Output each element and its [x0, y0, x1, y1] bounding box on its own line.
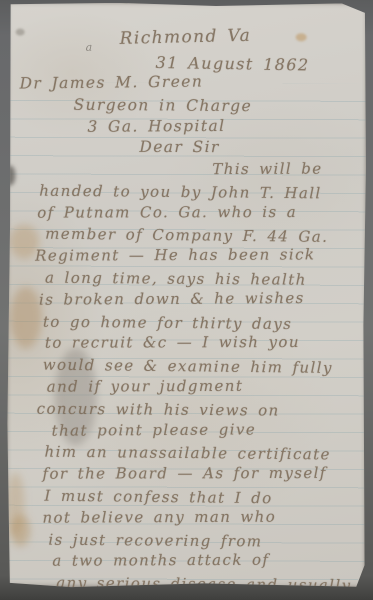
handwritten-line: any serious disease and usually,: [56, 574, 356, 595]
handwritten-line: of Putnam Co. Ga. who is a: [37, 203, 297, 222]
handwritten-line: Regiment — He has been sick: [35, 245, 315, 264]
handwritten-line: Richmond Va: [119, 26, 251, 49]
handwritten-line: is broken down & he wishes: [39, 289, 305, 309]
letter-paper: a Richmond Va31 August 1862Dr James M. G…: [6, 3, 367, 589]
handwriting: Richmond Va31 August 1862Dr James M. Gre…: [6, 3, 367, 589]
handwritten-line: is just recovering from: [48, 531, 262, 551]
scanner-bed: a Richmond Va31 August 1862Dr James M. G…: [0, 0, 373, 600]
handwritten-line: 31 August 1862: [155, 53, 309, 75]
handwritten-line: 3 Ga. Hospital: [87, 117, 225, 136]
handwritten-line: him an unassailable certificate: [45, 443, 331, 464]
handwritten-line: handed to you by John T. Hall: [39, 182, 322, 203]
handwritten-line: I must confess that I do: [44, 487, 272, 508]
handwritten-line: would see & examine him fully: [43, 356, 333, 377]
handwritten-line: Surgeon in Charge: [73, 96, 252, 115]
handwritten-line: not believe any man who: [42, 508, 276, 527]
handwritten-line: member of Company F. 44 Ga.: [45, 225, 328, 246]
handwritten-line: to recruit &c — I wish you: [45, 333, 300, 352]
handwritten-line: a long time, says his health: [45, 269, 307, 289]
handwritten-line: Dr James M. Green: [19, 72, 203, 92]
handwritten-line: a two months attack of: [52, 551, 269, 570]
handwritten-line: concurs with his views on: [37, 400, 280, 420]
handwritten-line: that point please give: [52, 420, 257, 439]
handwritten-line: and if your judgment: [47, 377, 244, 396]
handwritten-line: This will be: [212, 160, 322, 178]
handwritten-line: Dear Sir: [139, 138, 219, 156]
handwritten-line: for the Board — As for myself: [43, 464, 327, 483]
handwritten-line: to go home for thirty days: [43, 313, 293, 333]
